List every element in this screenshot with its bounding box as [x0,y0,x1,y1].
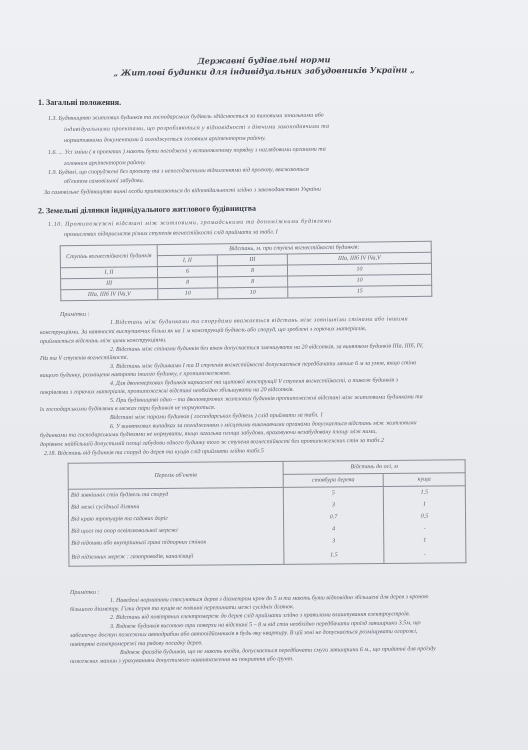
table1-header-degree: Ступінь вогнестійкості будинків [60,245,157,268]
table1-subheader: III [217,254,287,266]
text-line: 3. Відстань між будинками I та II ступен… [110,360,416,371]
table1-cell: 10 [158,288,218,300]
text-line: 1.10. Протипожежні відстані між житловим… [48,219,332,229]
text-line: нормативними документами й погоджується … [64,136,266,145]
table1-subheader: I, II [157,255,217,267]
fire-distance-table: Ступінь вогнестійкості будинків Відстань… [60,241,433,302]
text-line: 2.18. Відстань від будинків та споруд до… [44,448,264,458]
table2-header-objects: Перелік об'єктів [68,461,283,489]
table2-cell: 1.5 [284,547,384,564]
text-line: промислових підприємств різних ступенів … [64,229,278,239]
table2-cell: 3 [284,535,384,548]
text-line: вищого будинку, розміщена навпроти іншог… [40,371,231,380]
table2-cell: 5 [283,486,383,499]
table2-cell: 4 [284,523,384,536]
text-line: 1. Наведені нормативи стосуються дерев з… [110,594,429,605]
section-2-heading: 2. Земельні ділянки індивідуального житл… [38,204,256,216]
text-line: 1.6. ... Усі зміни ( в проектах ) мають … [48,147,326,157]
text-line: 1.9. Будівлі, що споруджені без проекту … [48,167,309,177]
table2-subheader: куща [383,473,465,487]
notes-label: Примітки : [60,312,90,319]
text-line: пожежних машин з урахуванням допустимого… [70,656,294,666]
table2-cell: - [384,522,466,535]
text-line: їх господарськими будівлями в межах пари… [40,405,215,414]
scanned-page: Державні будівельні норми „ Житлові буди… [0,0,528,750]
text-line: 2. Відстань між стінами будинків без вік… [110,343,423,354]
text-line: 5. При будівництві одно – та двоповерхов… [110,394,423,405]
table2-cell: 1 [384,534,466,547]
table2-cell: Від підземних мереж : газопроводів, кана… [69,548,284,566]
text-line: приймається відстань між цими конструкці… [40,337,167,346]
table1-cell: 10 [218,287,288,299]
table2-cell: 0.7 [283,511,383,524]
text-line: IVa та V ступенів вогнестійкості. [40,355,128,363]
text-line: дорівнює найбільшій допустимій площі заб… [40,438,384,449]
table2-subheader: стовбура дерева [283,473,383,487]
table1-cell: 6 [157,266,217,278]
table2-cell: - [384,546,466,563]
text-line: головним архітектором району. [64,160,146,168]
table2-cell: 0.5 [383,510,465,523]
text-line: індивідуальними проектами, що розробляют… [64,124,329,134]
table2-cell: 3 [283,499,383,512]
text-line: 1.3. Будівництво житлових будинків та го… [48,113,324,123]
tree-distance-table: Перелік об'єктів Відстань до осі, м стов… [68,459,467,566]
text-line: конструкціями. За наявності виступаючих … [40,326,366,337]
table2-cell: 1 [383,498,465,511]
table2-cell: 1.5 [383,486,465,499]
section-1-heading: 1. Загальні положення. [38,98,121,107]
text-line: об'єктом самовільної забудови. [64,178,144,186]
text-line: повітряні електромережі та рядову посадк… [70,640,203,649]
table-row: Від підземних мереж : газопроводів, кана… [69,546,466,566]
notes-label: Примітки : [70,590,100,597]
text-line: За самовільне будівництво винні особи пр… [44,187,321,197]
table1-cell: 8 [158,277,218,289]
text-line: Відстані між парами будинків ( господарс… [110,412,323,422]
table1-cell: 15 [288,285,432,298]
table1-cell: IIIa, IIIб IV IVa,V [61,289,158,301]
table1-cell: 8 [218,276,288,288]
table1-cell: 8 [217,265,287,277]
